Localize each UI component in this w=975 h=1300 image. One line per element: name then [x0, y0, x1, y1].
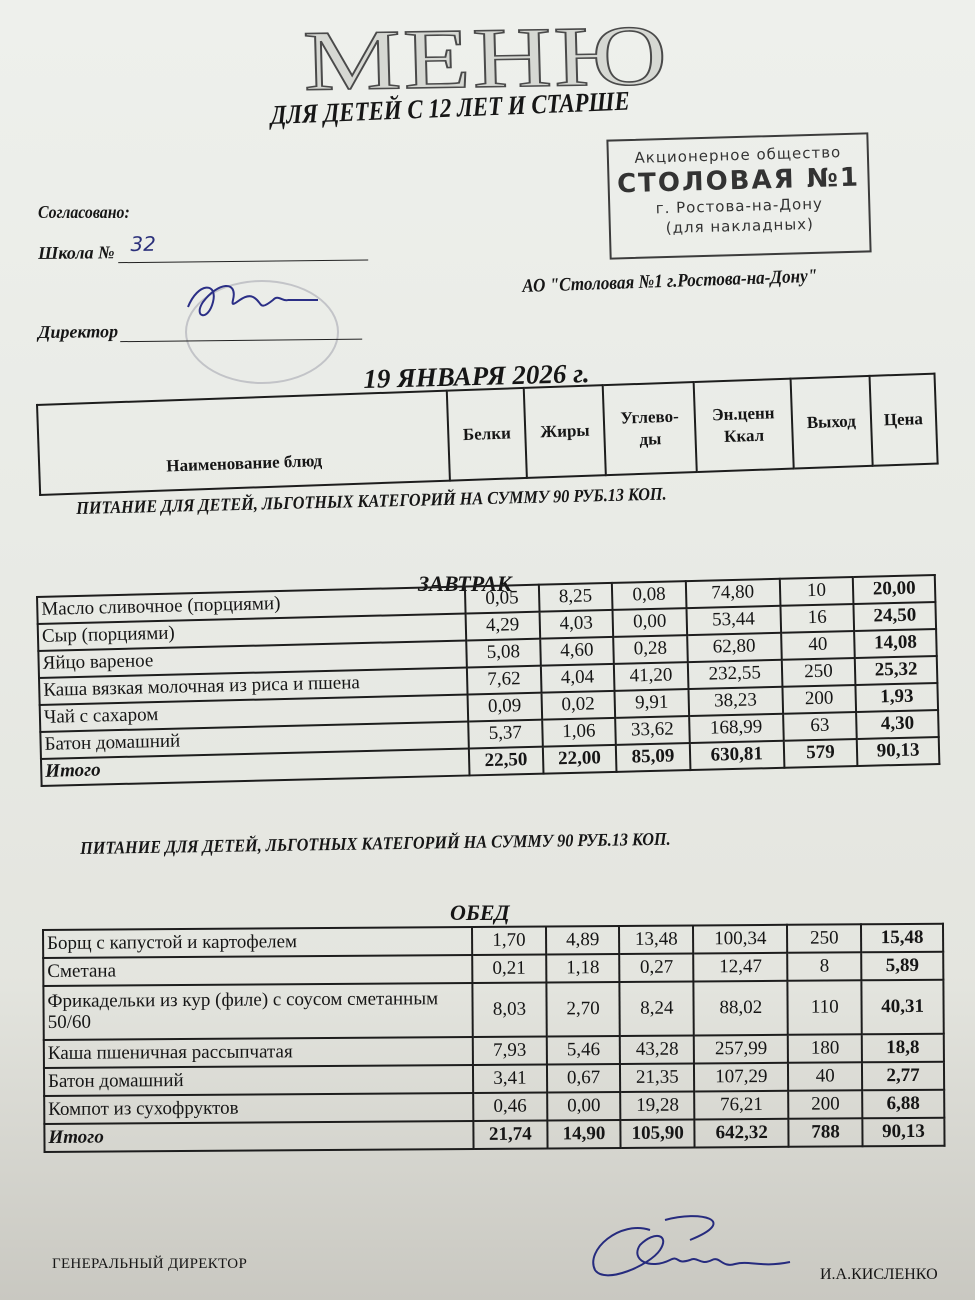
cell-price: 90,13	[862, 1118, 944, 1147]
cell-fat: 0,00	[547, 1092, 621, 1121]
cell-kcal: 38,23	[688, 687, 783, 716]
cell-output: 40	[788, 1062, 862, 1091]
cell-fat: 4,60	[540, 637, 614, 666]
cell-kcal: 76,21	[694, 1091, 788, 1120]
cell-carbs: 13,48	[619, 925, 693, 954]
agreed-label: Согласовано:	[38, 202, 130, 223]
cell-kcal: 62,80	[687, 633, 782, 662]
cell-protein: 21,74	[473, 1120, 547, 1149]
cell-name: Сметана	[43, 955, 472, 986]
cell-name: Борщ с капустой и картофелем	[43, 927, 472, 958]
cell-output: 200	[782, 685, 856, 714]
cell-output: 40	[781, 631, 855, 660]
cell-kcal: 168,99	[689, 714, 784, 743]
col-fat: Жиры	[524, 385, 606, 478]
cell-output: 110	[788, 980, 862, 1035]
cell-carbs: 41,20	[614, 662, 688, 691]
cell-kcal: 630,81	[689, 741, 784, 770]
cell-protein: 4,29	[466, 612, 540, 641]
cell-carbs: 21,35	[620, 1063, 694, 1092]
cell-name: Компот из сухофруктов	[44, 1093, 473, 1124]
school-number: 32	[130, 232, 156, 256]
cell-protein: 8,03	[472, 982, 546, 1037]
cell-protein: 7,62	[467, 666, 541, 695]
cell-output: 579	[783, 739, 857, 768]
director-field: Директор	[38, 319, 362, 343]
general-director-name: И.А.КИСЛЕНКО	[820, 1266, 938, 1284]
cell-kcal: 74,80	[686, 579, 781, 608]
lunch-banner: ПИТАНИЕ ДЛЯ ДЕТЕЙ, ЛЬГОТНЫХ КАТЕГОРИЙ НА…	[80, 829, 671, 859]
cell-price: 40,31	[861, 980, 943, 1035]
cell-protein: 0,46	[473, 1092, 547, 1121]
cell-carbs: 33,62	[615, 716, 689, 745]
cell-output: 788	[789, 1118, 863, 1147]
cell-output: 63	[783, 712, 857, 741]
cell-fat: 0,67	[547, 1064, 621, 1093]
cell-output: 250	[781, 658, 855, 687]
col-protein: Белки	[447, 388, 527, 481]
cell-name: Батон домашний	[44, 1065, 473, 1096]
school-line: 32	[118, 240, 368, 264]
total-row: Итого21,7414,90105,90642,3278890,13	[44, 1118, 944, 1152]
table-row: Фрикадельки из кур (филе) с соусом смета…	[43, 980, 943, 1040]
cell-kcal: 100,34	[693, 925, 787, 954]
cell-fat: 1,18	[546, 954, 620, 983]
director-label: Директор	[38, 321, 118, 343]
cell-protein: 5,37	[468, 720, 542, 749]
cell-fat: 4,03	[539, 610, 613, 639]
school-label: Школа №	[38, 242, 115, 264]
cell-price: 1,93	[856, 683, 938, 712]
cell-fat: 14,90	[547, 1120, 621, 1149]
cell-price: 25,32	[855, 656, 937, 685]
cell-protein: 0,09	[468, 693, 542, 722]
cell-carbs: 0,27	[620, 953, 694, 982]
cell-kcal: 53,44	[686, 606, 781, 635]
cell-fat: 1,06	[542, 718, 616, 747]
cell-output: 250	[787, 924, 861, 953]
cell-price: 2,77	[862, 1062, 944, 1091]
cell-fat: 2,70	[546, 982, 620, 1037]
column-header-table: Наименование блюд Белки Жиры Углево-ды Э…	[36, 373, 939, 496]
cell-price: 14,08	[854, 629, 936, 658]
cell-carbs: 0,00	[613, 608, 687, 637]
cell-price: 6,88	[862, 1090, 944, 1119]
cell-carbs: 19,28	[621, 1091, 695, 1120]
company-name: АО "Столовая №1 г.Ростова-на-Дону"	[522, 266, 818, 298]
cell-price: 90,13	[857, 737, 939, 766]
cell-protein: 3,41	[473, 1064, 547, 1093]
col-output: Выход	[790, 376, 872, 469]
cell-carbs: 8,24	[620, 981, 694, 1036]
cell-kcal: 107,29	[694, 1063, 788, 1092]
col-energy: Эн.ценнКкал	[694, 379, 794, 472]
director-line	[120, 321, 362, 343]
cell-name: Фрикадельки из кур (филе) с соусом смета…	[43, 983, 472, 1040]
cell-kcal: 232,55	[687, 660, 782, 689]
cell-output: 16	[780, 604, 854, 633]
general-director-signature-icon	[580, 1210, 810, 1290]
company-stamp: Акционерное общество СТОЛОВАЯ №1 г. Рост…	[606, 132, 871, 259]
cell-fat: 0,02	[541, 691, 615, 720]
cell-kcal: 88,02	[694, 981, 789, 1036]
lunch-title: ОБЕД	[450, 900, 510, 926]
cell-kcal: 257,99	[694, 1035, 788, 1064]
cell-price: 20,00	[853, 575, 935, 604]
cell-protein: 7,93	[473, 1036, 547, 1065]
breakfast-table: Масло сливочное (порциями)0,058,250,0874…	[36, 574, 940, 787]
cell-protein: 5,08	[466, 639, 540, 668]
cell-fat: 4,04	[540, 664, 614, 693]
cell-kcal: 642,32	[695, 1119, 789, 1148]
cell-carbs: 0,28	[613, 635, 687, 664]
cell-output: 200	[788, 1090, 862, 1119]
cell-kcal: 12,47	[693, 953, 787, 982]
cell-price: 4,30	[856, 710, 938, 739]
cell-fat: 5,46	[546, 1036, 620, 1065]
col-price: Цена	[869, 374, 938, 466]
cell-fat: 4,89	[546, 926, 620, 955]
cell-output: 10	[779, 577, 853, 606]
cell-protein: 1,70	[472, 926, 546, 955]
cell-carbs: 105,90	[621, 1119, 695, 1148]
school-field: Школа № 32	[38, 240, 369, 264]
cell-price: 24,50	[854, 602, 936, 631]
cell-carbs: 85,09	[616, 743, 690, 772]
cell-protein: 22,50	[469, 747, 543, 776]
cell-name: Итого	[44, 1121, 473, 1152]
cell-price: 5,89	[861, 952, 943, 981]
cell-price: 15,48	[861, 924, 943, 953]
cell-output: 180	[788, 1034, 862, 1063]
cell-protein: 0,05	[465, 585, 539, 614]
cell-carbs: 43,28	[620, 1035, 694, 1064]
cell-protein: 0,21	[472, 954, 546, 983]
cell-output: 8	[788, 952, 862, 981]
cell-fat: 22,00	[542, 745, 616, 774]
col-name: Наименование блюд	[37, 391, 450, 495]
general-director-label: ГЕНЕРАЛЬНЫЙ ДИРЕКТОР	[52, 1256, 247, 1273]
lunch-table: Борщ с капустой и картофелем1,704,8913,4…	[42, 923, 946, 1153]
cell-fat: 8,25	[538, 583, 612, 612]
col-carbs: Углево-ды	[603, 382, 697, 475]
cell-price: 18,8	[862, 1034, 944, 1063]
cell-carbs: 9,91	[615, 689, 689, 718]
cell-name: Каша пшеничная рассыпчатая	[44, 1037, 473, 1068]
cell-carbs: 0,08	[612, 581, 686, 610]
